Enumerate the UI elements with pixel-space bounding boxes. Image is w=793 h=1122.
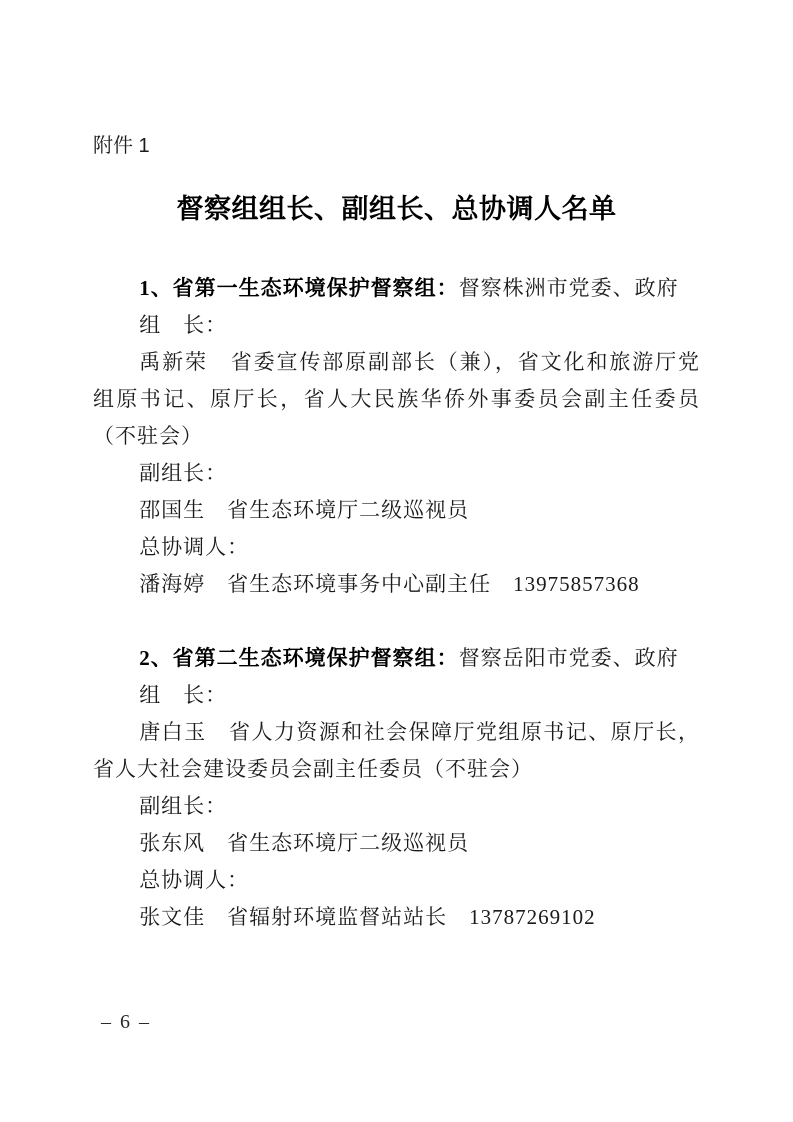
group-1-leader-label: 组 长：	[93, 307, 700, 344]
group-2-deputy: 张东风 省生态环境厅二级巡视员	[93, 825, 700, 862]
group-2-coordinator: 张文佳 省辐射环境监督站站长 13787269102	[93, 899, 700, 936]
document-title: 督察组组长、副组长、总协调人名单	[93, 192, 700, 226]
document-page: 附件 1 督察组组长、副组长、总协调人名单 1、省第一生态环境保护督察组：督察株…	[0, 0, 793, 1122]
group-2-heading: 2、省第二生态环境保护督察组：	[139, 646, 459, 670]
group-2-leader: 唐白玉 省人力资源和社会保障厅党组原书记、原厅长，省人大社会建设委员会副主任委员…	[93, 714, 700, 788]
group-1-coordinator-label: 总协调人：	[93, 529, 700, 566]
group-2-deputy-label: 副组长：	[93, 788, 700, 825]
document-content: 附件 1 督察组组长、副组长、总协调人名单 1、省第一生态环境保护督察组：督察株…	[93, 134, 700, 936]
group-1-deputy-label: 副组长：	[93, 455, 700, 492]
inspection-group-2: 2、省第二生态环境保护督察组：督察岳阳市党委、政府 组 长： 唐白玉 省人力资源…	[93, 640, 700, 936]
page-number: – 6 –	[101, 1010, 151, 1034]
group-2-heading-line: 2、省第二生态环境保护督察组：督察岳阳市党委、政府	[93, 640, 700, 677]
group-1-deputy: 邵国生 省生态环境厅二级巡视员	[93, 492, 700, 529]
group-2-heading-tail: 督察岳阳市党委、政府	[459, 646, 679, 670]
group-2-leader-label: 组 长：	[93, 677, 700, 714]
group-1-heading-tail: 督察株洲市党委、政府	[459, 276, 679, 300]
inspection-group-1: 1、省第一生态环境保护督察组：督察株洲市党委、政府 组 长： 禹新荣 省委宣传部…	[93, 270, 700, 603]
group-2-coordinator-label: 总协调人：	[93, 862, 700, 899]
group-1-leader: 禹新荣 省委宣传部原副部长（兼），省文化和旅游厅党组原书记、原厅长，省人大民族华…	[93, 344, 700, 455]
group-1-heading-line: 1、省第一生态环境保护督察组：督察株洲市党委、政府	[93, 270, 700, 307]
group-1-heading: 1、省第一生态环境保护督察组：	[139, 276, 459, 300]
group-1-coordinator: 潘海婷 省生态环境事务中心副主任 13975857368	[93, 566, 700, 603]
attachment-label: 附件 1	[93, 134, 700, 158]
